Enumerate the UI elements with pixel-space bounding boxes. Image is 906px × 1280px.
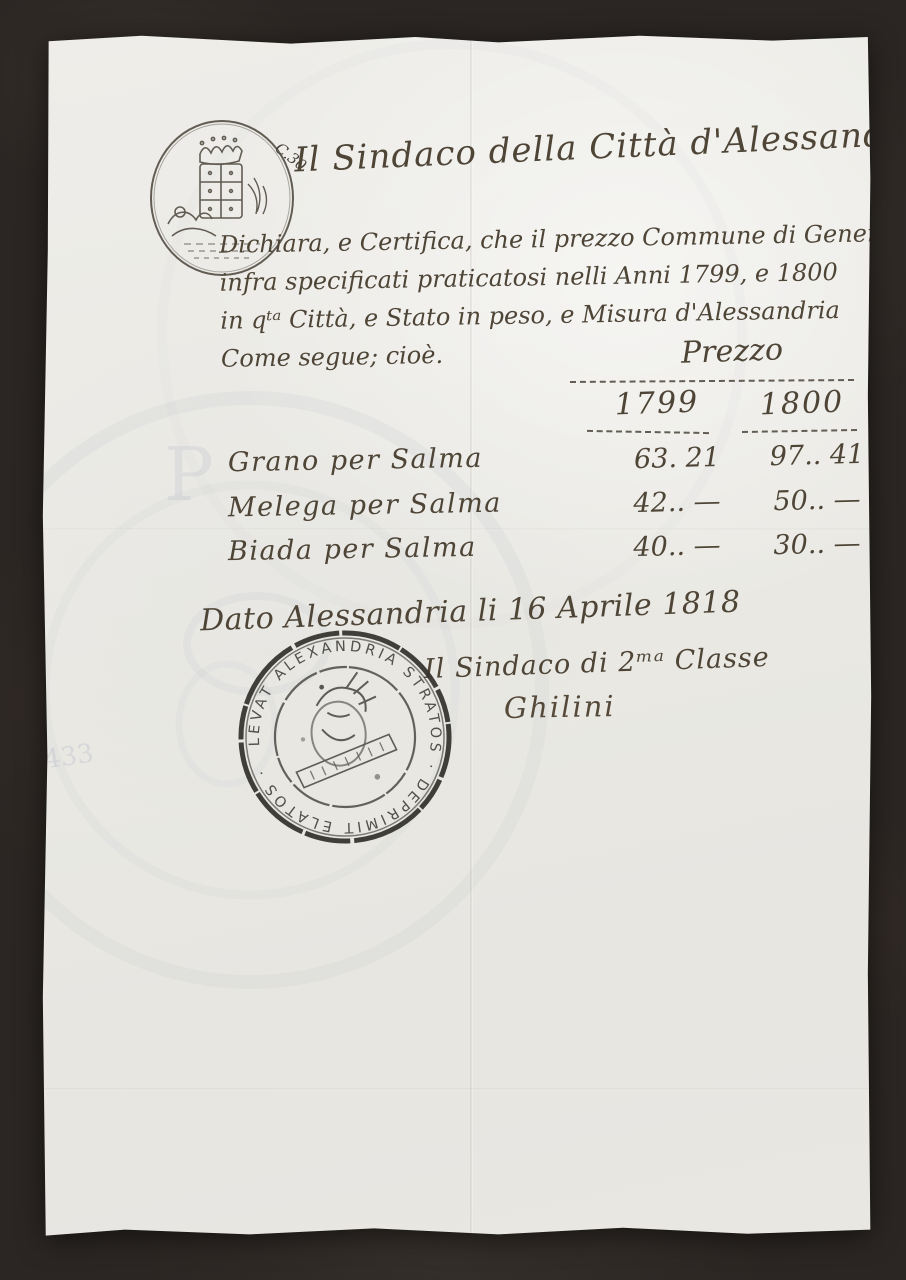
photo-background: P 433 <box>0 0 906 1280</box>
official-seal: LEVAT ALEXANDRIA STRATOS · DEPRIMIT ELAT… <box>211 603 479 871</box>
price-value-1799: 63. 21 <box>602 441 753 476</box>
palm-icon <box>248 178 267 214</box>
watermark-letter: P <box>164 432 214 518</box>
year-column-1799: 1799 <box>581 383 732 423</box>
price-value-1799: 42.. — <box>602 485 753 520</box>
price-value-1800: 30.. — <box>742 527 893 562</box>
price-value-1800: 50.. — <box>742 483 893 518</box>
shield-icon <box>200 164 242 218</box>
price-value-1799: 40.. — <box>602 529 753 564</box>
signature-name: Ghilini <box>504 689 616 725</box>
seal-coat-of-arms <box>287 669 400 788</box>
year-column-1800: 1800 <box>736 384 867 424</box>
fold-crease-vertical <box>470 34 473 1238</box>
table-row-item: Melega per Salma <box>228 488 502 524</box>
seal-motto: LEVAT ALEXANDRIA STRATOS · DEPRIMIT ELAT… <box>237 629 453 845</box>
table-row-item: Biada per Salma <box>228 532 477 567</box>
reclining-figure-icon <box>168 207 216 236</box>
price-value-1800: 97.. 41 <box>742 438 893 473</box>
paper: P 433 <box>42 34 872 1238</box>
fold-crease-horizontal-lower <box>42 1088 872 1091</box>
table-row-item: Grano per Salma <box>228 443 483 478</box>
crown-icon <box>200 136 242 164</box>
paper-wrapper: P 433 <box>42 34 872 1238</box>
